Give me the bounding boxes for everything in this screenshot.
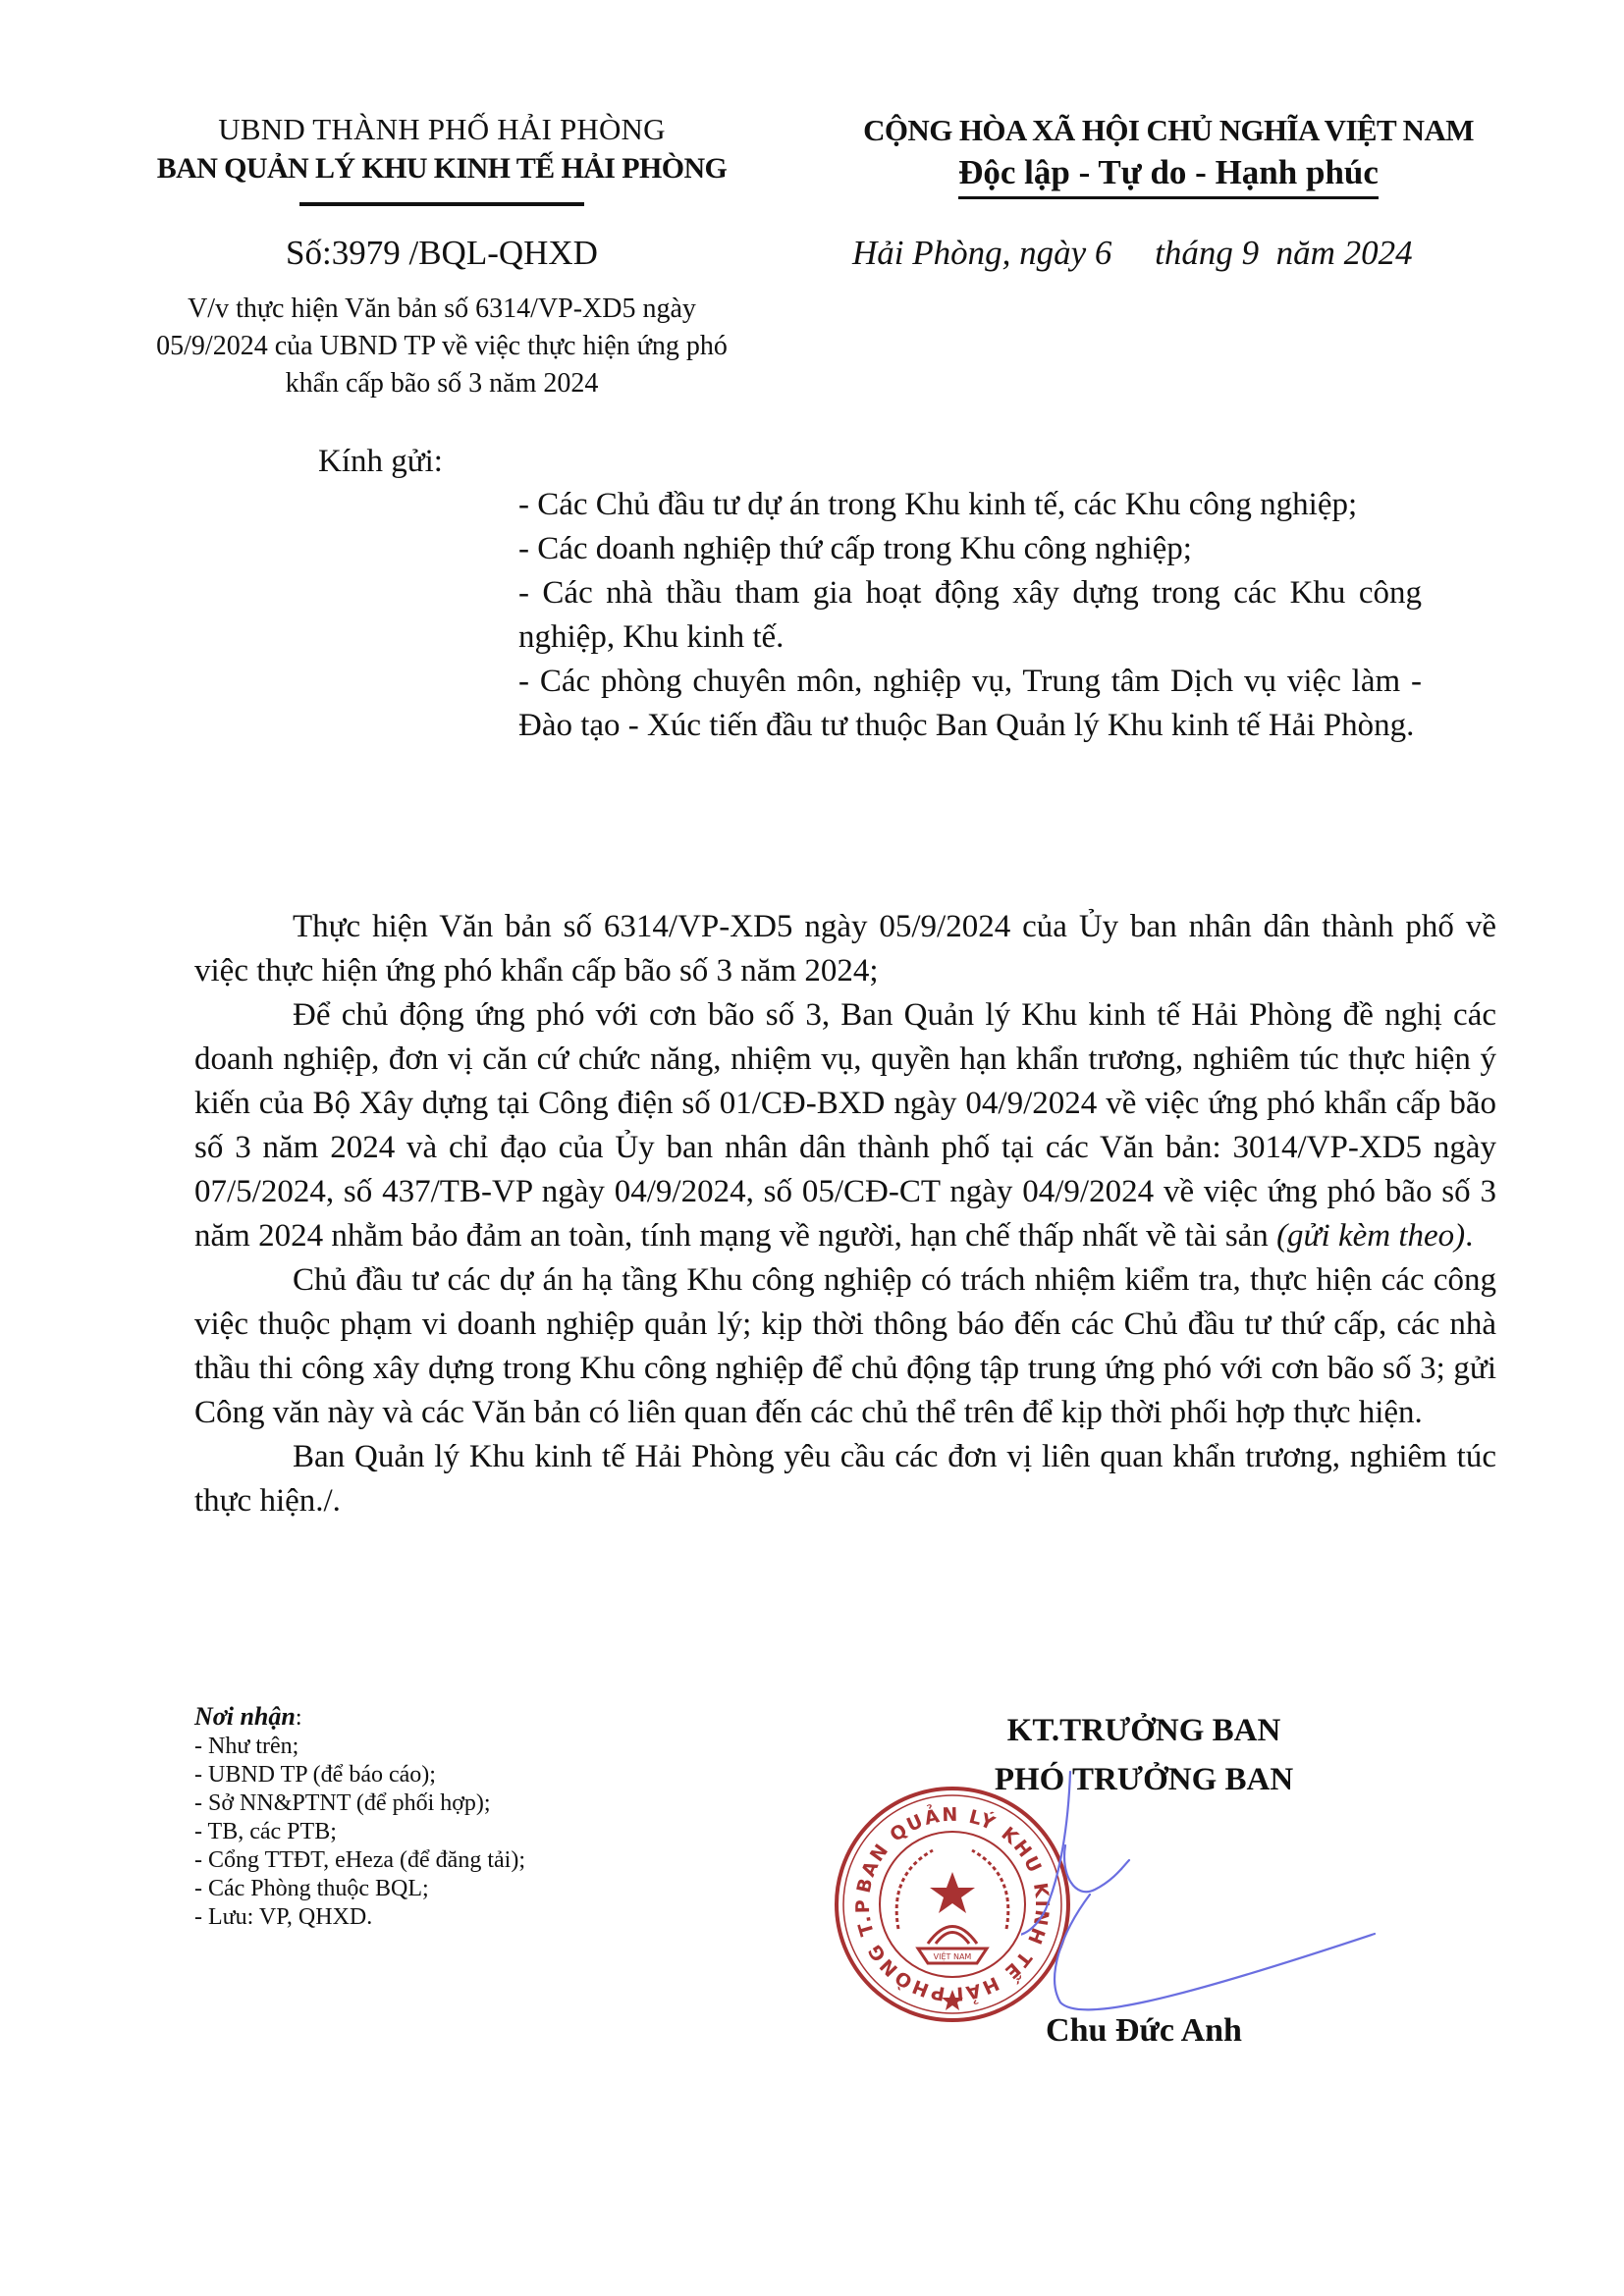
recipient-item: - Các phòng chuyên môn, nghiệp vụ, Trung… [518, 660, 1422, 748]
recipient-list: - Các Chủ đầu tư dự án trong Khu kinh tế… [518, 483, 1422, 748]
recipient-item: - Các doanh nghiệp thứ cấp trong Khu côn… [518, 527, 1422, 571]
distribution-item: - Như trên; [194, 1733, 705, 1761]
subject-line: V/v thực hiện Văn bản số 6314/VP-XD5 ngà… [39, 291, 844, 328]
body-paragraph: Để chủ động ứng phó với cơn bão số 3, Ba… [194, 993, 1496, 1258]
national-motto: Độc lập - Tự do - Hạnh phúc [958, 151, 1379, 199]
handwritten-signature-icon [1021, 1767, 1414, 2022]
header-rule-left [299, 202, 584, 206]
svg-text:VIỆT NAM: VIỆT NAM [934, 1950, 972, 1962]
signer-title-line1: KT.TRƯỞNG BAN [864, 1706, 1424, 1755]
national-title: CỘNG HÒA XÃ HỘI CHỦ NGHĨA VIỆT NAM [805, 110, 1532, 151]
paragraph-end: . [1465, 1218, 1473, 1254]
distribution-item: - UBND TP (để báo cáo); [194, 1761, 705, 1789]
attachment-note: (gửi kèm theo) [1276, 1218, 1465, 1254]
distribution-item: - Sở NN&PTNT (để phối hợp); [194, 1789, 705, 1818]
signer-name: Chu Đức Anh [864, 2012, 1424, 2050]
body-paragraph: Ban Quản lý Khu kinh tế Hải Phòng yêu cầ… [194, 1435, 1496, 1523]
body-paragraph: Thực hiện Văn bản số 6314/VP-XD5 ngày 05… [194, 905, 1496, 993]
distribution-item: - Lưu: VP, QHXD. [194, 1903, 705, 1932]
issuing-agency: BAN QUẢN LÝ KHU KINH TẾ HẢI PHÒNG [98, 149, 785, 188]
distribution-item: - Các Phòng thuộc BQL; [194, 1875, 705, 1903]
subject-line: khẩn cấp bão số 3 năm 2024 [39, 365, 844, 402]
subject-line: 05/9/2024 của UBND TP về việc thực hiện … [39, 328, 844, 365]
national-header: CỘNG HÒA XÃ HỘI CHỦ NGHĨA VIỆT NAM Độc l… [805, 110, 1532, 199]
paragraph-text: Để chủ động ứng phó với cơn bão số 3, Ba… [194, 997, 1496, 1254]
recipient-item: - Các nhà thầu tham gia hoạt động xây dự… [518, 571, 1422, 660]
distribution-title: Nơi nhận [194, 1702, 296, 1731]
distribution-item: - Cổng TTĐT, eHeza (để đăng tải); [194, 1846, 705, 1875]
recipient-item: - Các Chủ đầu tư dự án trong Khu kinh tế… [518, 483, 1422, 527]
distribution-item: - TB, các PTB; [194, 1818, 705, 1846]
document-number: Số:3979 /BQL-QHXD [98, 234, 785, 273]
document-subject: V/v thực hiện Văn bản số 6314/VP-XD5 ngà… [39, 291, 844, 402]
letter-body: Thực hiện Văn bản số 6314/VP-XD5 ngày 05… [194, 905, 1496, 1523]
issuing-agency-header: UBND THÀNH PHỐ HẢI PHÒNG BAN QUẢN LÝ KHU… [98, 110, 785, 206]
body-paragraph: Chủ đầu tư các dự án hạ tầng Khu công ng… [194, 1258, 1496, 1435]
salutation: Kính gửi: [318, 444, 443, 480]
distribution-list: Nơi nhận: - Như trên; - UBND TP (để báo … [194, 1702, 705, 1932]
date-place: Hải Phòng, ngày 6 tháng 9 năm 2024 [852, 234, 1540, 273]
parent-agency: UBND THÀNH PHỐ HẢI PHÒNG [98, 110, 785, 149]
